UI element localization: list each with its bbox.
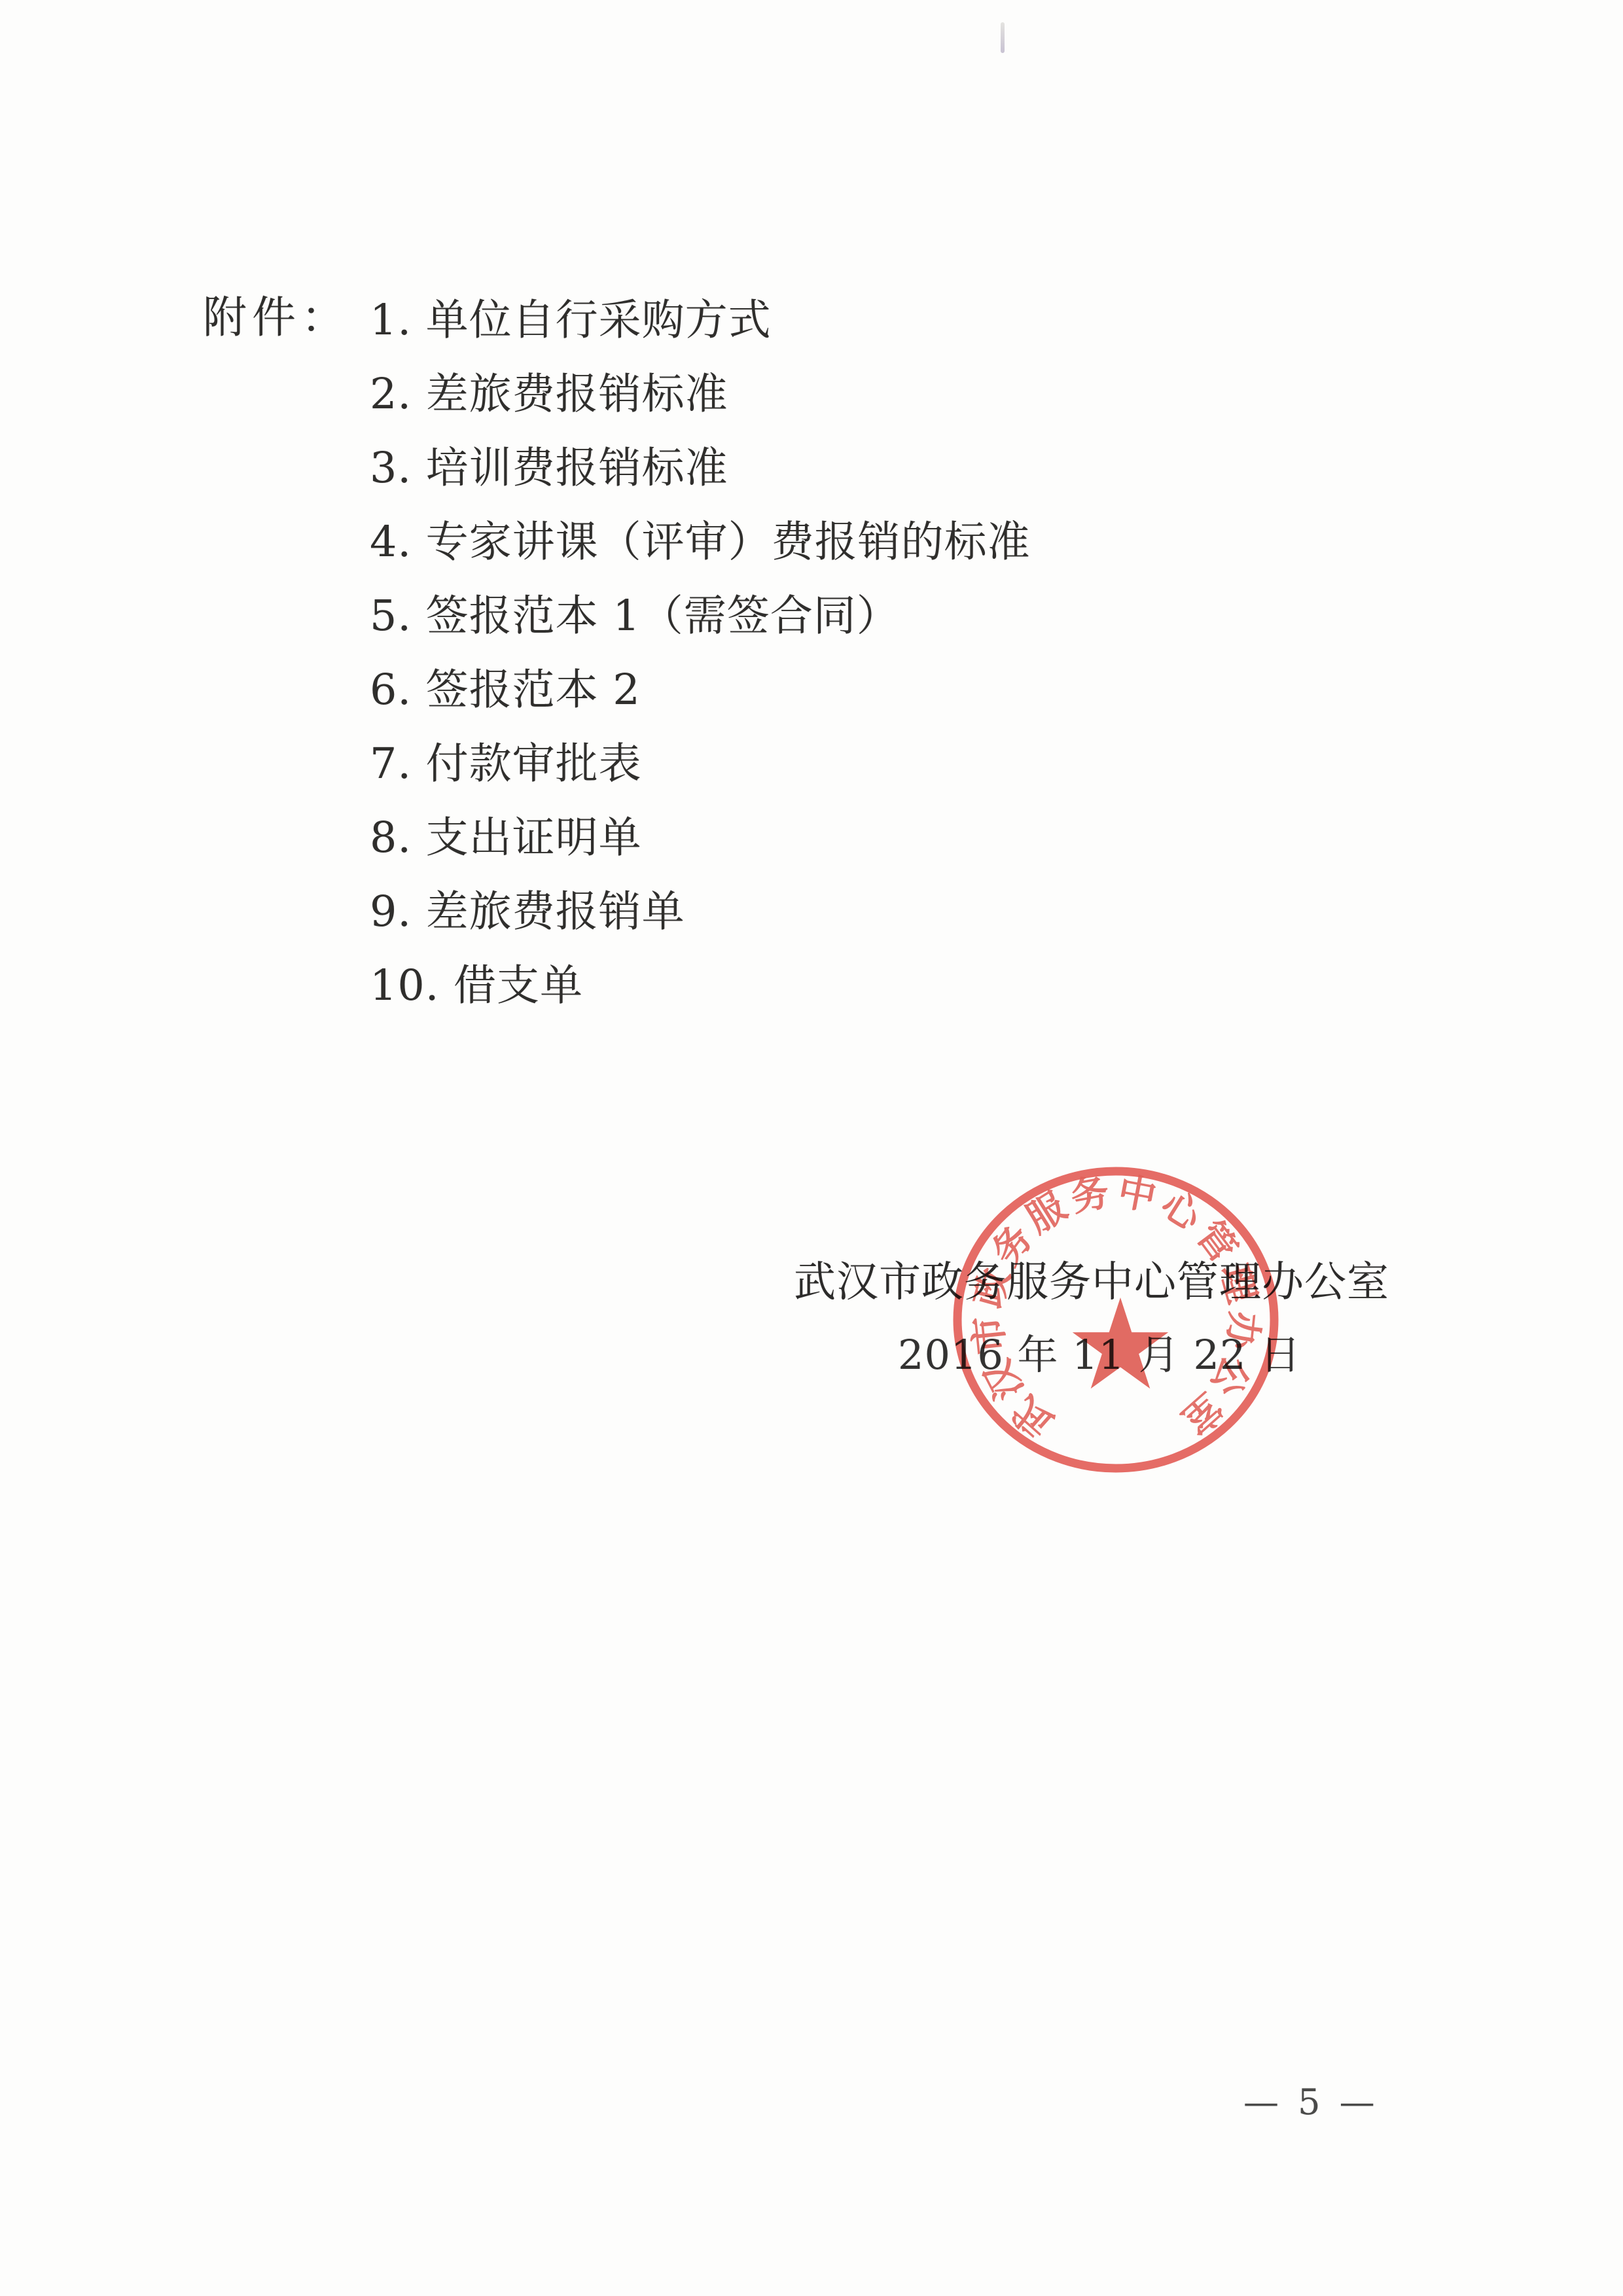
document-page: 附件： 1. 单位自行采购方式2. 差旅费报销标准3. 培训费报销标准4. 专家… bbox=[0, 0, 1623, 2296]
attachment-item: 10. 借支单 bbox=[370, 963, 583, 1009]
seal-arc-text: 武汉市政务服务中心管理办公室 bbox=[965, 1169, 1267, 1446]
page-number: — 5 — bbox=[1243, 2085, 1379, 2120]
attachment-item: 2. 差旅费报销标准 bbox=[370, 372, 728, 417]
signature-organization: 武汉市政务服务中心管理办公室 bbox=[794, 1262, 1389, 1303]
attachment-item: 3. 培训费报销标准 bbox=[370, 446, 728, 491]
attachment-item: 8. 支出证明单 bbox=[370, 815, 642, 861]
seal-ring bbox=[957, 1171, 1274, 1468]
attachment-label: 附件： bbox=[203, 296, 350, 340]
attachment-item: 1. 单位自行采购方式 bbox=[370, 298, 772, 344]
attachment-item: 4. 专家讲课（评审）费报销的标准 bbox=[370, 520, 1031, 565]
signature-date: 2016 年 11 月 22 日 bbox=[898, 1335, 1301, 1375]
official-seal: 武汉市政务服务中心管理办公室 bbox=[950, 1154, 1282, 1486]
scan-artifact-mark bbox=[1001, 22, 1005, 53]
attachment-item: 5. 签报范本 1（需签合同） bbox=[370, 593, 900, 639]
attachment-item: 7. 付款审批表 bbox=[370, 741, 642, 787]
attachment-item: 9. 差旅费报销单 bbox=[370, 889, 685, 935]
attachment-item: 6. 签报范本 2 bbox=[370, 667, 641, 713]
